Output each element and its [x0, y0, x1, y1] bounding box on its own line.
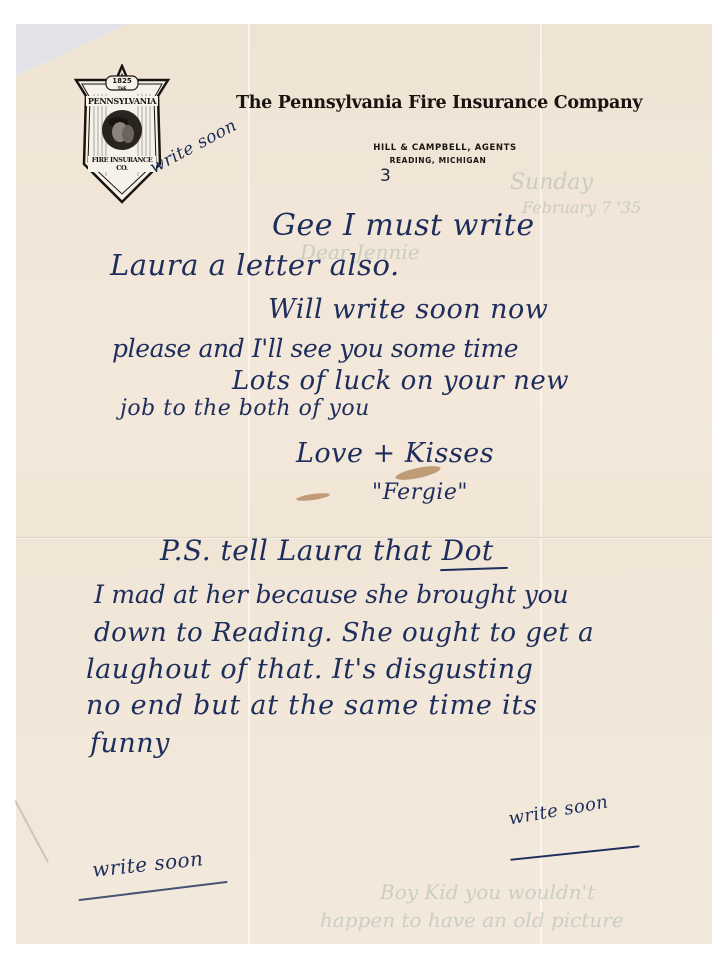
show-through-line: Boy Kid you wouldn't: [380, 880, 595, 904]
agents-line: HILL & CAMPBELL, AGENTS: [330, 143, 560, 153]
letter-line: Laura a letter also.: [110, 248, 400, 282]
letter-line: Lots of luck on your new: [232, 366, 569, 396]
company-logo-shield: 1825 THE PENNSYLVANIA FIRE INSURANCE CO.: [68, 64, 176, 204]
postscript-line: funny: [90, 728, 170, 759]
letter-line: Gee I must write: [272, 208, 535, 243]
fold-crease-vertical: [248, 24, 250, 944]
logo-small-word: THE: [108, 86, 136, 91]
shield-emblem-icon: [68, 64, 176, 204]
page-number: 3: [380, 166, 391, 186]
letter-line: please and I'll see you some time: [112, 334, 518, 363]
location-line: READING, MICHIGAN: [330, 156, 546, 165]
show-through-line: happen to have an old picture: [320, 908, 624, 932]
logo-top-text: PENNSYLVANIA: [86, 96, 158, 106]
show-through-line: Sunday: [510, 170, 593, 195]
postscript-line: laughout of that. It's disgusting: [86, 654, 533, 685]
postscript-line: down to Reading. She ought to get a: [94, 618, 594, 648]
postscript-line: P.S. tell Laura that Dot: [160, 534, 494, 567]
closing: Love + Kisses: [296, 438, 494, 469]
logo-bottom-text: FIRE INSURANCE CO.: [88, 156, 156, 172]
company-name: The Pennsylvania Fire Insurance Company: [236, 93, 626, 113]
letter-line: Will write soon now: [268, 294, 548, 325]
show-through-line: February 7 '35: [522, 198, 641, 217]
signature: "Fergie": [372, 480, 468, 505]
postscript-line: no end but at the same time its: [86, 690, 538, 721]
logo-year: 1825: [108, 77, 136, 85]
letter-line: job to the both of you: [120, 396, 370, 421]
postscript-line: I mad at her because she brought you: [94, 580, 568, 609]
